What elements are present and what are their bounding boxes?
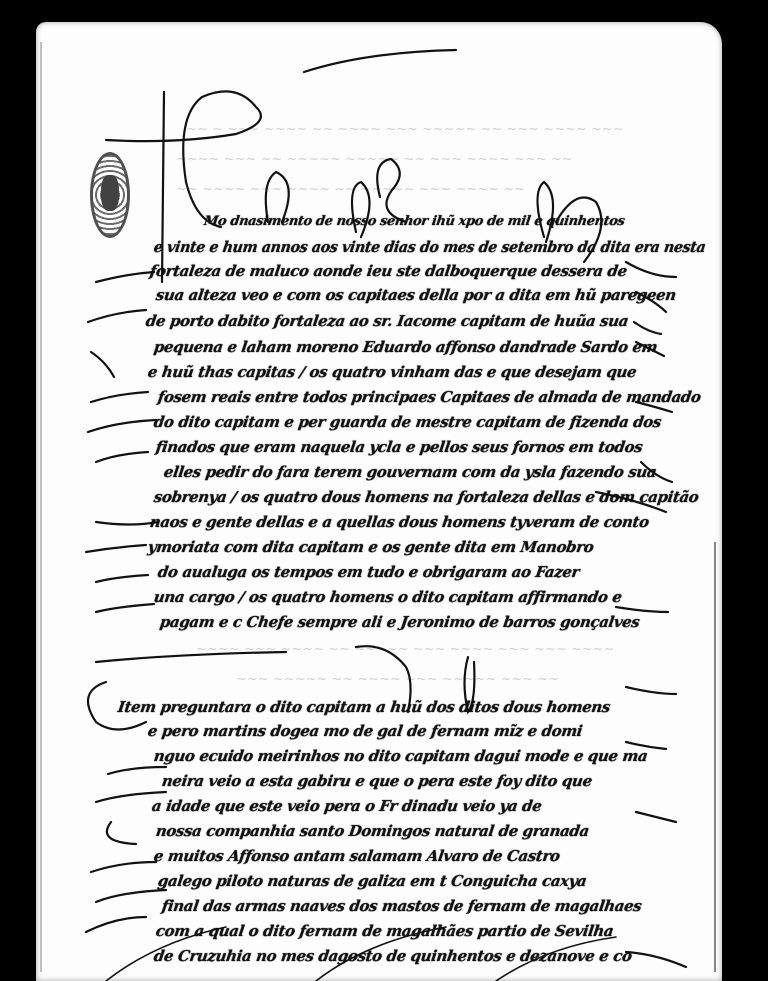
manuscript-line: do dito capitam e per guarda de mestre c…	[153, 413, 663, 431]
archive-seal-stamp-icon	[90, 152, 130, 238]
manuscript-line: nossa companhia santo Domingos natural d…	[155, 822, 590, 840]
bleedthrough-text: ~~~~ ~~~ ~~~~ ~~ ~~~~~ ~~~ ~~~~ ~~~ ~~~ …	[196, 642, 614, 657]
manuscript-line: fortaleza de maluco aonde ieu ste dalboq…	[149, 262, 628, 280]
bleedthrough-text: ~~~~ ~~~ ~~ ~~~~~ ~~~~~ ~~ ~~~ ~~~~ ~~~ …	[176, 152, 573, 167]
manuscript-line: sua alteza veo e com os capitaes della p…	[155, 286, 677, 304]
manuscript-line: e huũ thas capitas / os quatro vinham da…	[147, 363, 638, 381]
manuscript-line: galego piloto naturas de galiza em t Con…	[157, 872, 588, 890]
manuscript-line: elles pedir do fara terem gouvernam com …	[163, 463, 658, 481]
bleedthrough-text: ~~ ~~~~ ~~~ ~~~~ ~~ ~~~~~ ~~~ ~~~~ ~~	[176, 182, 525, 197]
bleedthrough-text: ~~~ ~~~~~ ~~ ~~~~ ~~~ ~~~~~ ~~~ ~~	[236, 672, 559, 687]
manuscript-line: a idade que este veio pera o Fr dinadu v…	[151, 797, 543, 815]
manuscript-line: Mo dnasimento de nosso senhor ihũ xpo de…	[203, 214, 626, 229]
manuscript-line: una cargo / os quatro homens o dito capi…	[153, 588, 623, 606]
seal-emblem	[101, 175, 119, 211]
manuscript-line: fosem reais entre todos principaes Capit…	[157, 388, 702, 406]
manuscript-line: naos e gente dellas e a quellas dous hom…	[149, 513, 650, 531]
manuscript-line: Item preguntara o dito capitam a huũ dos…	[117, 698, 612, 716]
manuscript-line: pequena e laham moreno Eduardo affonso d…	[153, 338, 659, 356]
manuscript-line: neira veio a esta gabiru e que o pera es…	[161, 772, 593, 790]
manuscript-line: ymoriata com dita capitam e os gente dit…	[147, 538, 595, 556]
manuscript-line: finados que eram naquela ycla e pellos s…	[155, 438, 644, 456]
manuscript-line: final das armas naaves dos mastos de fer…	[161, 897, 643, 915]
manuscript-line: de porto dabito fortaleza ao sr. Iacome …	[145, 312, 630, 330]
manuscript-line: nguo ecuido meirinhos no dito capitam da…	[153, 747, 649, 765]
manuscript-page: ~~ ~ ~~~ ~~~~ ~~ ~~~~ ~~~ ~~~~~ ~~ ~~~ ~…	[36, 22, 722, 981]
manuscript-line: e vinte e hum annos aos vinte dias do me…	[153, 238, 707, 256]
manuscript-line: e muitos Affonso antam salamam Alvaro de…	[153, 847, 561, 865]
manuscript-line: pagam e c Chefe sempre ali e Jeronimo de…	[159, 613, 641, 631]
manuscript-line: sobrenya / os quatro dous homens na fort…	[153, 488, 700, 506]
manuscript-line: com a qual o dito fernam de magalhães pa…	[155, 922, 615, 940]
manuscript-line: de Cruzuhia no mes dagosto de quinhentos…	[153, 947, 633, 965]
manuscript-line: do aualuga os tempos em tudo e obrigaram…	[157, 563, 581, 581]
manuscript-line: e pero martins dogea mo de gal de fernam…	[147, 722, 584, 740]
bleedthrough-text: ~~ ~ ~~~ ~~~~ ~~ ~~~~ ~~~ ~~~~~ ~~ ~~~ ~…	[186, 122, 624, 137]
